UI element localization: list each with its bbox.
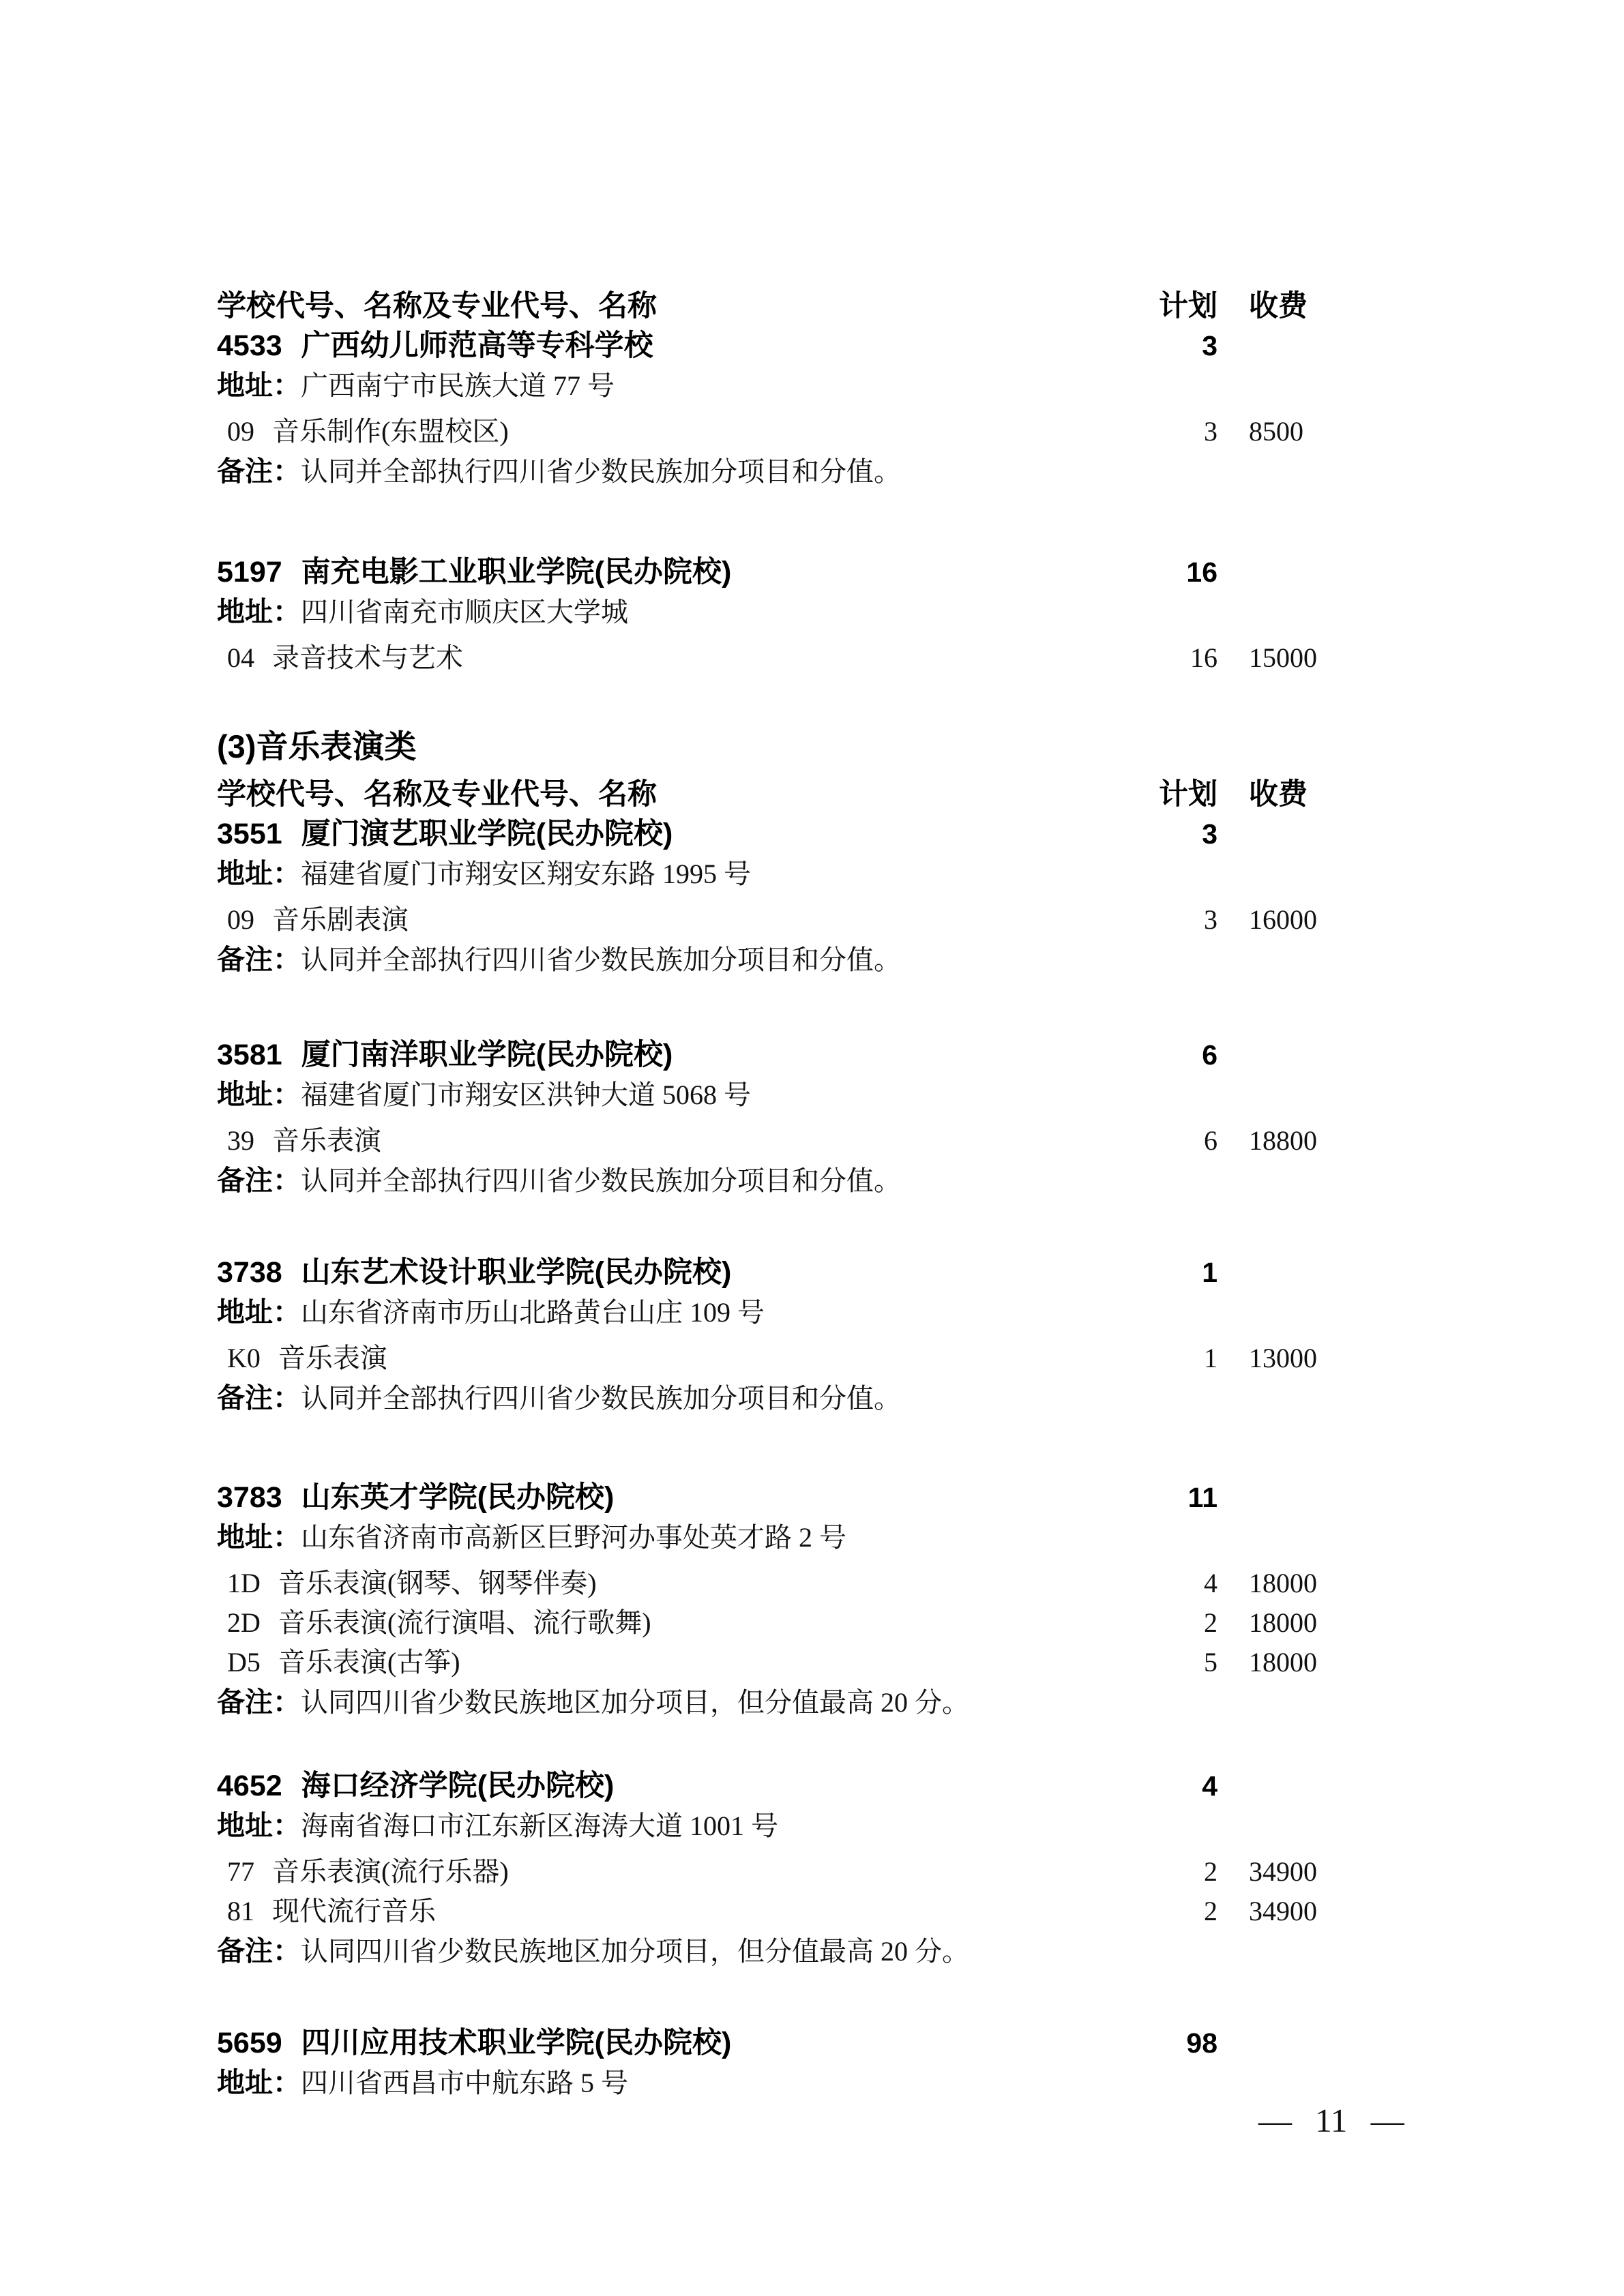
school-plan: 6: [1149, 1035, 1217, 1075]
address-label: 地址：: [217, 1296, 301, 1328]
school-row: 4652海口经济学院(民办院校) 4: [217, 1766, 1323, 1806]
section-title: (3)音乐表演类: [217, 726, 1323, 768]
school-block-3783: 3783山东英才学院(民办院校) 11 地址：山东省济南市高新区巨野河办事处英才…: [217, 1478, 1323, 1729]
school-code: 3581: [217, 1035, 282, 1075]
major-name: 音乐表演(流行乐器): [272, 1856, 509, 1887]
major-plan: 3: [1149, 900, 1217, 940]
major-code: 09: [227, 900, 254, 940]
remark-row: 备注：认同并全部执行四川省少数民族加分项目和分值。: [217, 451, 1323, 498]
major-name: 音乐表演: [278, 1343, 387, 1373]
school-block-5659: 5659四川应用技术职业学院(民办院校) 98 地址：四川省西昌市中航东路 5 …: [217, 2023, 1323, 2109]
remark-label: 备注：: [217, 1165, 301, 1196]
page-number-value: 11: [1315, 2102, 1347, 2139]
address-text: 广西南宁市民族大道 77 号: [301, 370, 615, 401]
major-plan: 5: [1149, 1643, 1217, 1682]
school-block-4533: 4533广西幼儿师范高等专科学校 3 地址：广西南宁市民族大道 77 号 09音…: [217, 326, 1323, 498]
column-header-name: 学校代号、名称及专业代号、名称: [217, 286, 1149, 326]
major-row: 77音乐表演(流行乐器) 2 34900: [217, 1852, 1323, 1892]
major-code: D5: [227, 1643, 261, 1682]
school-plan: 16: [1149, 552, 1217, 592]
major-row: 39音乐表演 6 18800: [217, 1121, 1323, 1161]
school-name: 山东英才学院(民办院校): [301, 1481, 615, 1514]
address-text: 福建省厦门市翔安区洪钟大道 5068 号: [301, 1079, 751, 1110]
school-name: 四川应用技术职业学院(民办院校): [301, 2027, 732, 2059]
column-header-fee: 收费: [1217, 775, 1323, 814]
major-name: 录音技术与艺术: [272, 642, 463, 673]
school-code: 5197: [217, 552, 282, 592]
address-label: 地址：: [217, 1079, 301, 1110]
major-row: K0音乐表演 1 13000: [217, 1339, 1323, 1378]
school-plan: 4: [1149, 1766, 1217, 1806]
major-plan: 16: [1149, 638, 1217, 678]
major-plan: 2: [1149, 1892, 1217, 1931]
remark-text: 认同并全部执行四川省少数民族加分项目和分值。: [301, 944, 901, 975]
major-fee: 16000: [1217, 900, 1323, 940]
address-label: 地址：: [217, 596, 301, 627]
page-content: 学校代号、名称及专业代号、名称 计划 收费 4533广西幼儿师范高等专科学校 3…: [217, 286, 1323, 2109]
major-name: 音乐表演(流行演唱、流行歌舞): [278, 1607, 651, 1638]
major-code: 09: [227, 412, 254, 451]
major-code: 04: [227, 638, 254, 678]
school-name: 山东艺术设计职业学院(民办院校): [301, 1256, 732, 1289]
address-label: 地址：: [217, 1810, 301, 1841]
major-fee: 18000: [1217, 1603, 1323, 1643]
school-row: 5197南充电影工业职业学院(民办院校) 16: [217, 552, 1323, 592]
school-code: 5659: [217, 2023, 282, 2063]
school-code: 3783: [217, 1478, 282, 1517]
address-label: 地址：: [217, 2067, 301, 2098]
column-header-row: 学校代号、名称及专业代号、名称 计划 收费: [217, 286, 1323, 326]
school-row: 3581厦门南洋职业学院(民办院校) 6: [217, 1035, 1323, 1075]
major-name: 音乐表演(钢琴、钢琴伴奏): [278, 1568, 597, 1598]
column-header-plan: 计划: [1149, 775, 1217, 814]
address-row: 地址：山东省济南市高新区巨野河办事处英才路 2 号: [217, 1517, 1323, 1564]
address-text: 四川省西昌市中航东路 5 号: [301, 2068, 628, 2098]
major-fee: 34900: [1217, 1852, 1323, 1892]
address-text: 福建省厦门市翔安区翔安东路 1995 号: [301, 859, 751, 889]
school-block-4652: 4652海口经济学院(民办院校) 4 地址：海南省海口市江东新区海涛大道 100…: [217, 1766, 1323, 1978]
column-header-row: 学校代号、名称及专业代号、名称 计划 收费: [217, 775, 1323, 814]
major-fee: 18000: [1217, 1564, 1323, 1603]
major-row: 81现代流行音乐 2 34900: [217, 1892, 1323, 1931]
major-code: K0: [227, 1339, 261, 1378]
major-name: 音乐制作(东盟校区): [272, 416, 509, 447]
remark-text: 认同四川省少数民族地区加分项目，但分值最高 20 分。: [301, 1687, 969, 1718]
school-code: 3551: [217, 814, 282, 854]
remark-row: 备注：认同并全部执行四川省少数民族加分项目和分值。: [217, 940, 1323, 986]
remark-row: 备注：认同四川省少数民族地区加分项目，但分值最高 20 分。: [217, 1931, 1323, 1978]
address-label: 地址：: [217, 370, 301, 401]
school-name: 南充电影工业职业学院(民办院校): [301, 556, 732, 588]
major-row: D5音乐表演(古筝) 5 18000: [217, 1643, 1323, 1682]
school-code: 4533: [217, 326, 282, 366]
major-code: 39: [227, 1121, 254, 1161]
school-block-5197: 5197南充电影工业职业学院(民办院校) 16 地址：四川省南充市顺庆区大学城 …: [217, 552, 1323, 678]
remark-text: 认同四川省少数民族地区加分项目，但分值最高 20 分。: [301, 1936, 969, 1967]
remark-label: 备注：: [217, 944, 301, 975]
major-row: 09音乐剧表演 3 16000: [217, 900, 1323, 940]
school-block-3738: 3738山东艺术设计职业学院(民办院校) 1 地址：山东省济南市历山北路黄台山庄…: [217, 1253, 1323, 1425]
school-name: 海口经济学院(民办院校): [301, 1770, 615, 1802]
address-row: 地址：山东省济南市历山北路黄台山庄 109 号: [217, 1292, 1323, 1339]
major-name: 音乐表演(古筝): [278, 1647, 460, 1678]
column-header-name: 学校代号、名称及专业代号、名称: [217, 775, 1149, 814]
major-fee: 18000: [1217, 1643, 1323, 1682]
school-row: 3551厦门演艺职业学院(民办院校) 3: [217, 814, 1323, 854]
major-row: 1D音乐表演(钢琴、钢琴伴奏) 4 18000: [217, 1564, 1323, 1603]
major-row: 2D音乐表演(流行演唱、流行歌舞) 2 18000: [217, 1603, 1323, 1643]
school-name: 厦门南洋职业学院(民办院校): [301, 1039, 673, 1071]
school-plan: 11: [1149, 1478, 1217, 1517]
address-label: 地址：: [217, 1521, 301, 1553]
address-text: 山东省济南市历山北路黄台山庄 109 号: [301, 1297, 765, 1328]
school-row: 3783山东英才学院(民办院校) 11: [217, 1478, 1323, 1517]
major-plan: 3: [1149, 412, 1217, 451]
major-plan: 2: [1149, 1852, 1217, 1892]
school-plan: 3: [1149, 326, 1217, 366]
remark-text: 认同并全部执行四川省少数民族加分项目和分值。: [301, 1383, 901, 1414]
major-row: 04录音技术与艺术 16 15000: [217, 638, 1323, 678]
major-plan: 4: [1149, 1564, 1217, 1603]
school-block-3581: 3581厦门南洋职业学院(民办院校) 6 地址：福建省厦门市翔安区洪钟大道 50…: [217, 1035, 1323, 1207]
page-number: — 11 —: [1258, 2102, 1404, 2140]
address-row: 地址：广西南宁市民族大道 77 号: [217, 366, 1323, 412]
address-row: 地址：四川省南充市顺庆区大学城: [217, 592, 1323, 638]
school-block-3551: 3551厦门演艺职业学院(民办院校) 3 地址：福建省厦门市翔安区翔安东路 19…: [217, 814, 1323, 986]
document-page: 学校代号、名称及专业代号、名称 计划 收费 4533广西幼儿师范高等专科学校 3…: [0, 0, 1624, 2296]
school-name: 广西幼儿师范高等专科学校: [301, 329, 653, 362]
school-row: 4533广西幼儿师范高等专科学校 3: [217, 326, 1323, 366]
page-number-dash-left: —: [1258, 2102, 1292, 2139]
major-code: 1D: [227, 1564, 261, 1603]
school-code: 3738: [217, 1253, 282, 1292]
remark-label: 备注：: [217, 456, 301, 487]
major-row: 09音乐制作(东盟校区) 3 8500: [217, 412, 1323, 451]
major-plan: 1: [1149, 1339, 1217, 1378]
major-fee: 15000: [1217, 638, 1323, 678]
major-name: 现代流行音乐: [272, 1896, 436, 1926]
major-fee: 18800: [1217, 1121, 1323, 1161]
column-header-fee: 收费: [1217, 286, 1323, 326]
remark-row: 备注：认同并全部执行四川省少数民族加分项目和分值。: [217, 1161, 1323, 1207]
major-fee: 34900: [1217, 1892, 1323, 1931]
remark-row: 备注：认同四川省少数民族地区加分项目，但分值最高 20 分。: [217, 1682, 1323, 1729]
address-label: 地址：: [217, 858, 301, 889]
major-code: 81: [227, 1892, 254, 1931]
address-text: 山东省济南市高新区巨野河办事处英才路 2 号: [301, 1522, 846, 1553]
remark-text: 认同并全部执行四川省少数民族加分项目和分值。: [301, 1165, 901, 1196]
address-row: 地址：四川省西昌市中航东路 5 号: [217, 2063, 1323, 2109]
major-code: 2D: [227, 1603, 261, 1643]
remark-row: 备注：认同并全部执行四川省少数民族加分项目和分值。: [217, 1378, 1323, 1425]
column-header-plan: 计划: [1149, 286, 1217, 326]
address-row: 地址：海南省海口市江东新区海涛大道 1001 号: [217, 1806, 1323, 1852]
remark-label: 备注：: [217, 1382, 301, 1414]
address-text: 海南省海口市江东新区海涛大道 1001 号: [301, 1810, 778, 1841]
major-name: 音乐剧表演: [272, 904, 409, 935]
school-plan: 3: [1149, 814, 1217, 854]
major-name: 音乐表演: [272, 1125, 381, 1156]
address-row: 地址：福建省厦门市翔安区洪钟大道 5068 号: [217, 1075, 1323, 1121]
major-plan: 2: [1149, 1603, 1217, 1643]
school-plan: 98: [1149, 2023, 1217, 2063]
remark-label: 备注：: [217, 1686, 301, 1718]
page-number-dash-right: —: [1371, 2102, 1404, 2139]
major-code: 77: [227, 1852, 254, 1892]
major-fee: 13000: [1217, 1339, 1323, 1378]
address-text: 四川省南充市顺庆区大学城: [301, 597, 628, 627]
school-code: 4652: [217, 1766, 282, 1806]
school-row: 3738山东艺术设计职业学院(民办院校) 1: [217, 1253, 1323, 1292]
school-plan: 1: [1149, 1253, 1217, 1292]
remark-label: 备注：: [217, 1935, 301, 1967]
school-row: 5659四川应用技术职业学院(民办院校) 98: [217, 2023, 1323, 2063]
remark-text: 认同并全部执行四川省少数民族加分项目和分值。: [301, 456, 901, 487]
school-name: 厦门演艺职业学院(民办院校): [301, 818, 673, 850]
major-fee: 8500: [1217, 412, 1323, 451]
major-plan: 6: [1149, 1121, 1217, 1161]
address-row: 地址：福建省厦门市翔安区翔安东路 1995 号: [217, 854, 1323, 900]
